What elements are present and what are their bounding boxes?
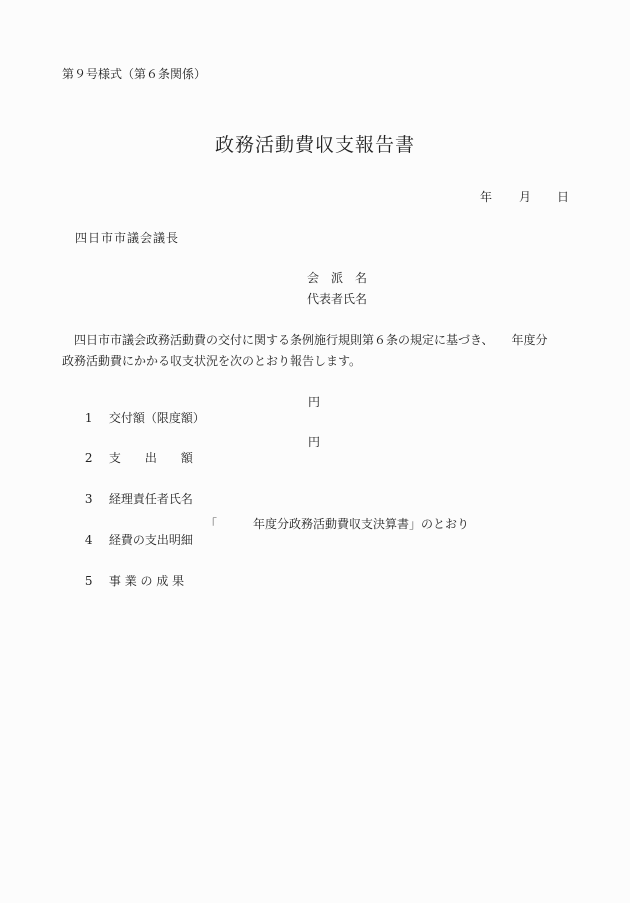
item-project-results: 5事 業 の 成 果 [62, 557, 184, 605]
addressee: 四日市市議会議長 [75, 230, 179, 246]
item-number: 2 [85, 450, 109, 466]
item-number: 4 [85, 532, 109, 548]
item-number: 1 [85, 410, 109, 426]
expenditure-amount-unit: 円 [308, 434, 320, 450]
item-label: 交付額（限度額） [109, 411, 205, 425]
item-number: 3 [85, 491, 109, 507]
grant-amount-unit: 円 [308, 394, 320, 410]
date-day-label: 日 [557, 188, 569, 205]
date-month-label: 月 [519, 188, 531, 205]
item-number: 5 [85, 573, 109, 589]
date-year-label: 年 [480, 188, 492, 205]
item-label: 事 業 の 成 果 [109, 574, 184, 588]
item-label: 支 出 額 [109, 451, 193, 465]
body-line-1: 四日市市議会政務活動費の交付に関する条例施行規則第６条の規定に基づき、 年度分 [62, 332, 548, 348]
representative-name-label: 代表者氏名 [307, 291, 367, 307]
form-number: 第９号様式（第６条関係） [62, 66, 206, 82]
document-title: 政務活動費収支報告書 [0, 133, 630, 157]
faction-name-label: 会 派 名 [307, 270, 367, 286]
body-line-2: 政務活動費にかかる収支状況を次のとおり報告します。 [62, 353, 361, 369]
item-label: 経理責任者氏名 [109, 492, 193, 506]
expense-details-reference: 「 年度分政務活動費収支決算書」のとおり [205, 516, 469, 532]
item-label: 経費の支出明細 [109, 533, 193, 547]
